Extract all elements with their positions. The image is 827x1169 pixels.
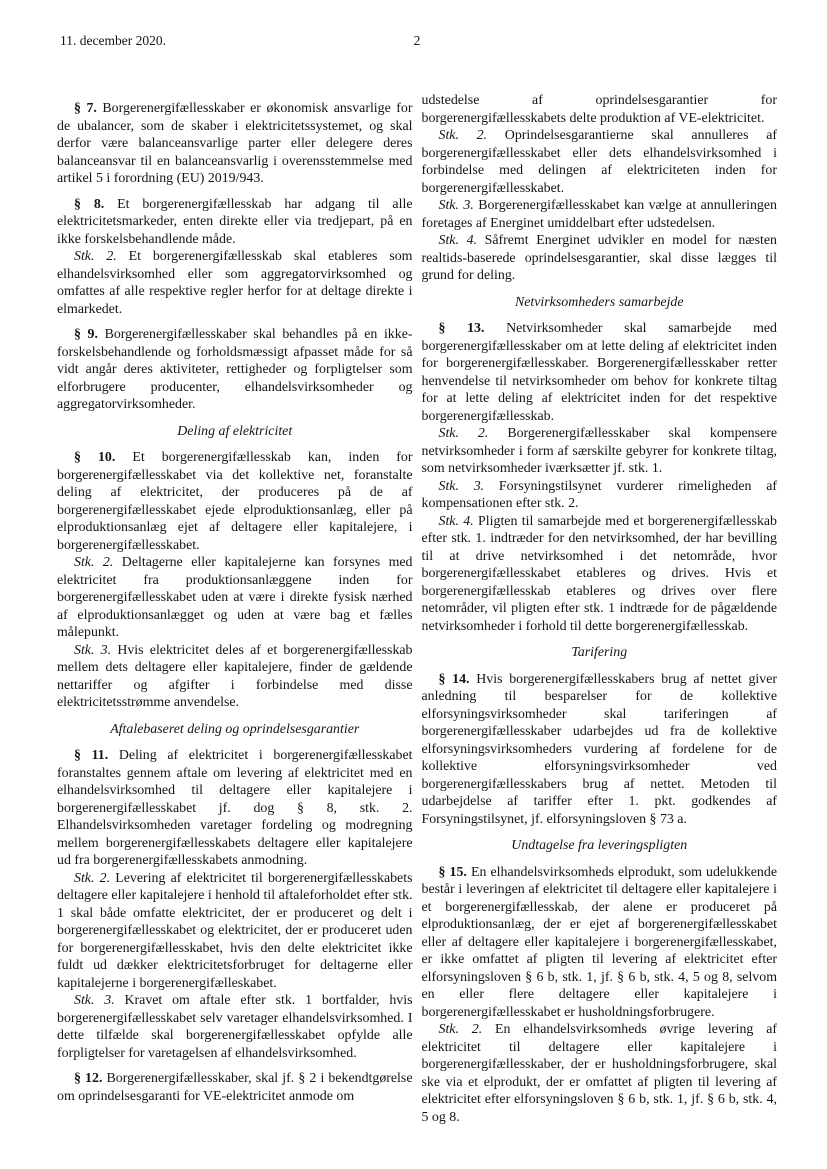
stk-number: Stk. 3.: [74, 643, 111, 658]
stk-paragraph: Stk. 2. Oprindelsesgarantierne skal annu…: [422, 127, 778, 197]
page-header: 11. december 2020. 2: [57, 33, 777, 53]
section-number: § 15.: [439, 865, 467, 880]
left-column: § 7. Borgerenergifællesskaber er økonomi…: [57, 92, 413, 1126]
page-number: 2: [57, 33, 777, 49]
section-number: § 8.: [74, 197, 104, 212]
subsection-heading: Netvirksomheders samarbejde: [422, 294, 778, 312]
section-paragraph: § 13. Netvirksomheder skal samarbejde me…: [422, 320, 778, 425]
stk-number: Stk. 2.: [439, 426, 489, 441]
stk-number: Stk. 4.: [439, 233, 478, 248]
section-paragraph: § 15. En elhandelsvirksomheds elprodukt,…: [422, 864, 778, 1022]
section-paragraph: § 12. Borgerenergifællesskaber, skal jf.…: [57, 1070, 413, 1105]
stk-number: Stk. 2.: [439, 1022, 483, 1037]
stk-paragraph: Stk. 3. Borgerenergifællesskabet kan væl…: [422, 197, 778, 232]
section-paragraph: § 8. Et borgerenergifællesskab har adgan…: [57, 196, 413, 249]
stk-paragraph: Stk. 2. En elhandelsvirksomheds øvrige l…: [422, 1021, 778, 1126]
stk-number: Stk. 2.: [74, 871, 110, 886]
section-paragraph: § 10. Et borgerenergifællesskab kan, ind…: [57, 449, 413, 554]
subsection-heading: Undtagelse fra leveringspligten: [422, 837, 778, 855]
stk-paragraph: Stk. 3. Kravet om aftale efter stk. 1 bo…: [57, 992, 413, 1062]
stk-number: Stk. 3.: [74, 993, 115, 1008]
section-paragraph: § 14. Hvis borgerenergifællesskabers bru…: [422, 671, 778, 829]
stk-paragraph: Stk. 4. Såfremt Energinet udvikler en mo…: [422, 232, 778, 285]
document-page: 11. december 2020. 2 § 7. Borgerenergifæ…: [0, 0, 827, 1169]
stk-number: Stk. 2.: [439, 128, 488, 143]
section-paragraph: § 11. Deling af elektricitet i borgerene…: [57, 747, 413, 870]
section-paragraph: § 9. Borgerenergifællesskaber skal behan…: [57, 326, 413, 414]
document-body: § 7. Borgerenergifællesskaber er økonomi…: [57, 92, 777, 1126]
stk-paragraph: Stk. 2. Deltagerne eller kapitalejerne k…: [57, 554, 413, 642]
stk-paragraph: Stk. 2. Et borgerenergifællesskab skal e…: [57, 248, 413, 318]
stk-paragraph: Stk. 2. Borgerenergifællesskaber skal ko…: [422, 425, 778, 478]
section-number: § 14.: [439, 672, 470, 687]
stk-paragraph: Stk. 3. Hvis elektricitet deles af et bo…: [57, 642, 413, 712]
stk-number: Stk. 2.: [74, 555, 113, 570]
stk-paragraph: Stk. 3. Forsyningstilsynet vurderer rime…: [422, 478, 778, 513]
section-number: § 10.: [74, 450, 115, 465]
stk-number: Stk. 3.: [439, 479, 485, 494]
subsection-heading: Aftalebaseret deling og oprindelsesgaran…: [57, 721, 413, 739]
section-number: § 12.: [74, 1071, 102, 1086]
subsection-heading: Deling af elektricitet: [57, 423, 413, 441]
section-number: § 11.: [74, 748, 108, 763]
stk-paragraph: Stk. 2. Levering af elektricitet til bor…: [57, 870, 413, 993]
section-number: § 9.: [74, 327, 98, 342]
section-number: § 13.: [439, 321, 485, 336]
section-number: § 7.: [74, 101, 97, 116]
stk-number: Stk. 4.: [439, 514, 474, 529]
right-column: udstedelse af oprindelsesgarantier for b…: [422, 92, 778, 1126]
stk-number: Stk. 2.: [74, 249, 117, 264]
stk-paragraph: Stk. 4. Pligten til samarbejde med et bo…: [422, 513, 778, 636]
subsection-heading: Tarifering: [422, 644, 778, 662]
continuation-paragraph: udstedelse af oprindelsesgarantier for b…: [422, 92, 778, 127]
section-paragraph: § 7. Borgerenergifællesskaber er økonomi…: [57, 100, 413, 188]
stk-number: Stk. 3.: [439, 198, 474, 213]
